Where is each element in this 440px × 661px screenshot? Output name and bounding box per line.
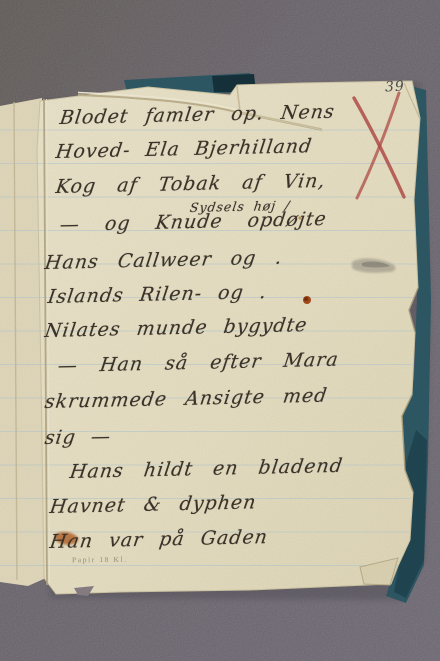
photograph-of-notebook-page: 39 Blodet famler op. Nens Hoved- Ela Bje… (0, 0, 440, 661)
handwriting-line: sig — (44, 425, 113, 449)
page-number: 39 (385, 78, 406, 95)
printed-paper-mark: Papir 18 Kl. (72, 555, 128, 565)
